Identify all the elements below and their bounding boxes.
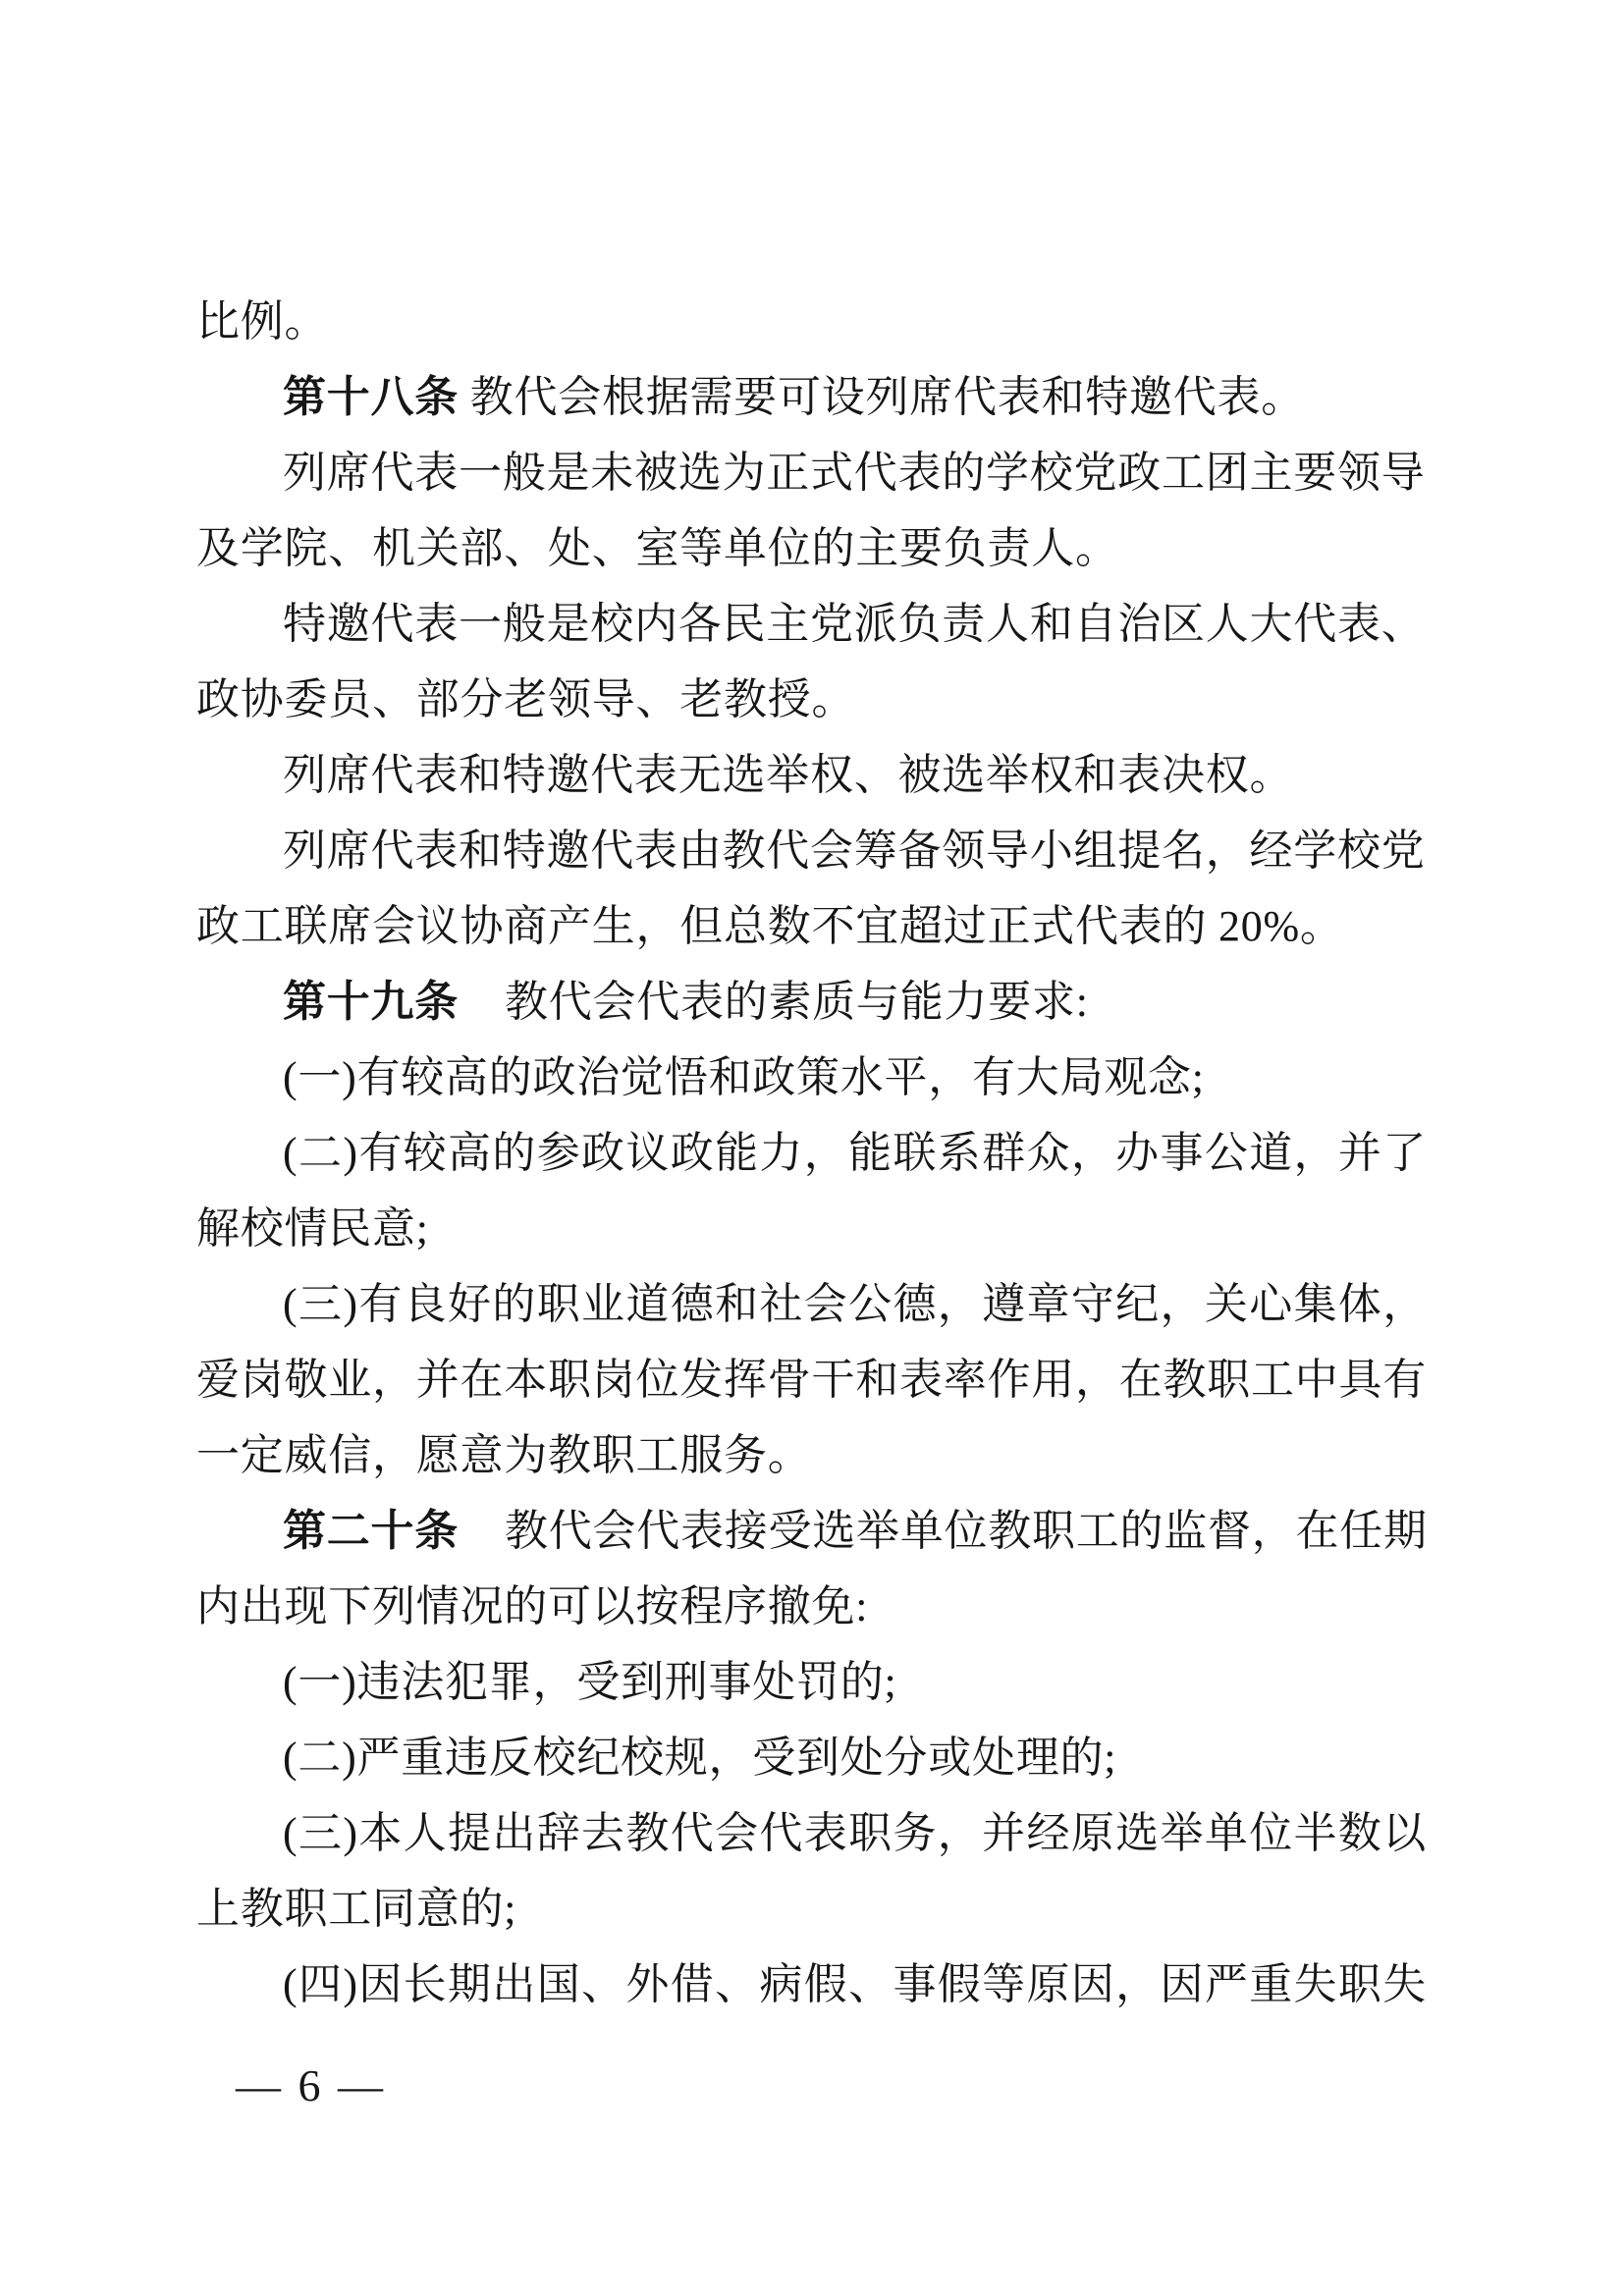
text-line: (一)违法犯罪，受到刑事处罚的; [196,1644,1427,1720]
article-number-heading: 第十九条 [283,978,459,1026]
document-page: 比例。第十八条 教代会根据需要可设列席代表和特邀代表。列席代表一般是未被选为正式… [0,0,1624,2296]
page-number: — 6 — [236,2060,386,2110]
text-line: (三)本人提出辞去教代会代表职务，并经原选举单位半数以 [196,1795,1427,1871]
text-line: (二)有较高的参政议政能力，能联系群众，办事公道，并了 [196,1115,1427,1191]
text-line: 特邀代表一般是校内各民主党派负责人和自治区人大代表、 [196,586,1427,662]
text-line: 列席代表和特邀代表由教代会筹备领导小组提名，经学校党 [196,813,1427,888]
text-segment: (三)本人提出辞去教代会代表职务，并经原选举单位半数以 [283,1809,1427,1857]
text-line: 爱岗敬业，并在本职岗位发挥骨干和表率作用，在教职工中具有 [196,1342,1427,1417]
text-segment: 教代会代表的素质与能力要求: [459,978,1089,1026]
text-line: (三)有良好的职业道德和社会公德，遵章守纪，关心集体， [196,1266,1427,1342]
text-segment: 教代会根据需要可设列席代表和特邀代表。 [459,373,1305,421]
text-segment: (二)有较高的参政议政能力，能联系群众，办事公道，并了 [283,1129,1427,1177]
text-segment: (四)因长期出国、外借、病假、事假等原因，因严重失职失 [283,1960,1427,2008]
text-segment: (一)有较高的政治觉悟和政策水平，有大局观念; [283,1053,1205,1101]
article-number-heading: 第二十条 [283,1507,459,1555]
text-line: 解校情民意; [196,1191,1427,1266]
text-segment: 列席代表和特邀代表由教代会筹备领导小组提名，经学校党 [283,827,1426,875]
text-segment: 教代会代表接受选举单位教职工的监督，在任期 [459,1507,1428,1555]
page-footer: — 6 — [236,2061,386,2110]
text-segment: 列席代表和特邀代表无选举权、被选举权和表决权。 [283,751,1293,799]
text-segment: 列席代表一般是未被选为正式代表的学校党政工团主要领导 [283,449,1426,497]
text-segment: 政协委员、部分老领导、老教授。 [196,675,855,723]
text-segment: (一)违法犯罪，受到刑事处罚的; [283,1658,897,1706]
text-line: (四)因长期出国、外借、病假、事假等原因，因严重失职失 [196,1947,1427,2022]
text-line: 上教职工同意的; [196,1871,1427,1947]
article-number-heading: 第十八条 [283,373,459,421]
text-segment: 比例。 [196,297,328,346]
text-line: 第二十条 教代会代表接受选举单位教职工的监督，在任期 [196,1493,1427,1569]
text-segment: 及学院、机关部、处、室等单位的主要负责人。 [196,524,1119,572]
text-line: 列席代表和特邀代表无选举权、被选举权和表决权。 [196,737,1427,813]
text-segment: (二)严重违反校纪校规，受到处分或处理的; [283,1734,1116,1782]
text-line: 政协委员、部分老领导、老教授。 [196,662,1427,737]
text-line: (一)有较高的政治觉悟和政策水平，有大局观念; [196,1040,1427,1115]
document-body: 比例。第十八条 教代会根据需要可设列席代表和特邀代表。列席代表一般是未被选为正式… [196,284,1427,2022]
text-line: 内出现下列情况的可以按程序撤免: [196,1569,1427,1644]
text-line: 比例。 [196,284,1427,359]
text-line: 一定威信，愿意为教职工服务。 [196,1417,1427,1493]
text-segment: 上教职工同意的; [196,1885,516,1933]
text-segment: 一定威信，愿意为教职工服务。 [196,1431,812,1479]
text-segment: 爱岗敬业，并在本职岗位发挥骨干和表率作用，在教职工中具有 [196,1356,1427,1404]
text-line: (二)严重违反校纪校规，受到处分或处理的; [196,1720,1427,1795]
text-line: 第十八条 教代会根据需要可设列席代表和特邀代表。 [196,359,1427,435]
text-segment: (三)有良好的职业道德和社会公德，遵章守纪，关心集体， [283,1280,1427,1328]
text-line: 第十九条 教代会代表的素质与能力要求: [196,964,1427,1040]
text-segment: 解校情民意; [196,1204,429,1253]
text-line: 政工联席会议协商产生，但总数不宜超过正式代表的 20%。 [196,888,1427,964]
text-segment: 特邀代表一般是校内各民主党派负责人和自治区人大代表、 [283,600,1426,648]
text-line: 及学院、机关部、处、室等单位的主要负责人。 [196,510,1427,586]
text-segment: 政工联席会议协商产生，但总数不宜超过正式代表的 20%。 [196,902,1344,950]
text-segment: 内出现下列情况的可以按程序撤免: [196,1582,868,1630]
text-line: 列席代表一般是未被选为正式代表的学校党政工团主要领导 [196,435,1427,510]
